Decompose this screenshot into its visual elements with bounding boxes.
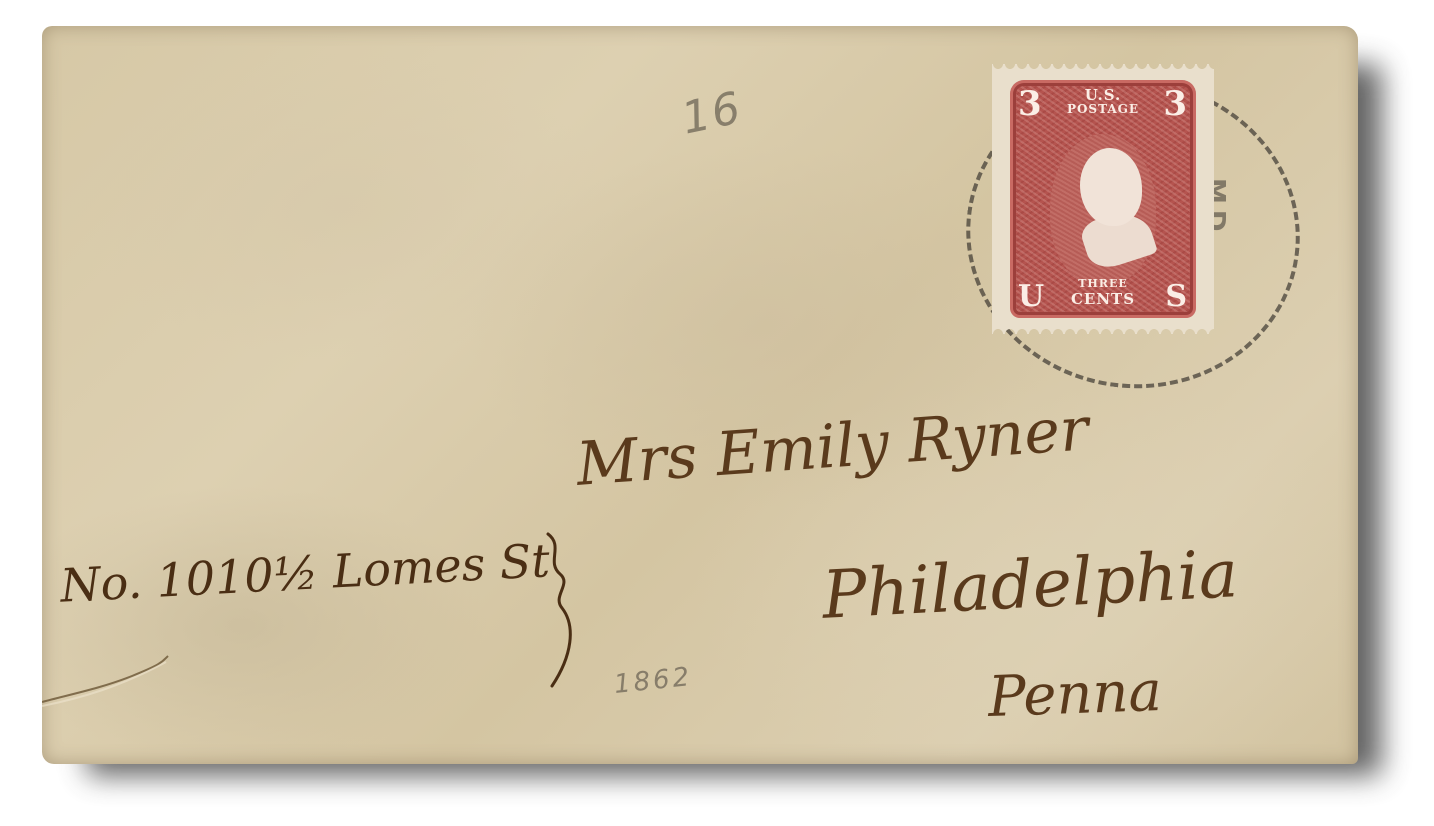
portrait-oval xyxy=(1050,134,1156,284)
curly-brace-mark xyxy=(542,526,602,696)
stamp-design: U.S. POSTAGE 3 3 THREE CENTS U S xyxy=(1010,80,1196,318)
pencil-notation-year: 1862 xyxy=(613,662,694,700)
stamp-corner-u: U xyxy=(1018,279,1045,314)
stamp-corner-s: S xyxy=(1165,279,1188,314)
addressee-name: Mrs Emily Ryner xyxy=(574,394,1091,500)
stamp-numeral-left: 3 xyxy=(1018,84,1043,124)
envelope: 16 1862 No. 1010½ Lomes St Mrs Emily Ryn… xyxy=(42,26,1358,764)
postage-stamp: U.S. POSTAGE 3 3 THREE CENTS U S xyxy=(992,64,1214,334)
stamp-numeral-right: 3 xyxy=(1163,84,1188,124)
address-city: Philadelphia xyxy=(820,535,1240,634)
address-state: Penna xyxy=(987,659,1163,730)
pencil-notation-number: 16 xyxy=(677,82,746,144)
portrait-head-icon xyxy=(1080,148,1142,226)
paper-tear xyxy=(42,26,242,764)
